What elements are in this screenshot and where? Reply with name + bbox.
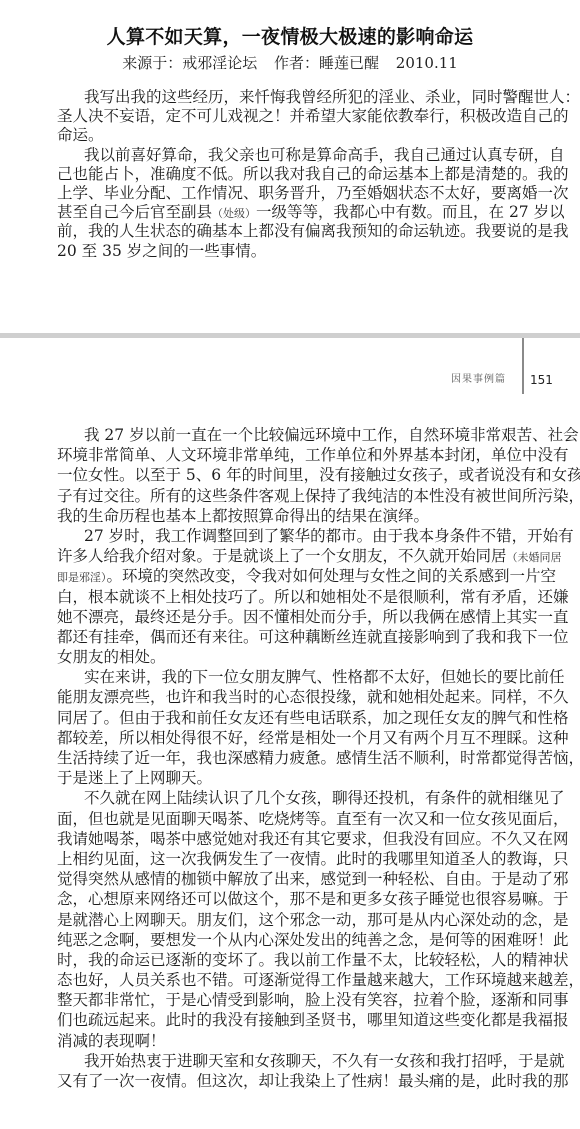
text-line: 我的生命历程也基本上都按照算命得出的结果在演绎。	[57, 506, 533, 526]
text-line: 一位女性。以至于 5、6 年的时间里，没有接触过女孩子，或者说没有和女孩	[57, 465, 533, 485]
text-line: 是就潜心上网聊天。朋友们，这个邪念一动，那可是从内心深处动的念，是	[57, 910, 533, 930]
text-line: 前，我的人生状态的确基本上都没有偏离我预知的命运轨迹。我要说的是我	[57, 222, 533, 241]
text-line: 27 岁时，我工作调整回到了繁华的都市。由于我本身条件不错，开始有	[57, 526, 533, 546]
inline-note: （未婚同居	[507, 551, 562, 564]
text-line: 20 至 35 岁之间的一些事情。	[57, 242, 533, 261]
text-line: 白，根本就谈不上相处技巧了。所以和她相处不是很顺利，常有矛盾，还嫌	[57, 587, 533, 607]
text-line: 我 27 岁以前一直在一个比较偏远环境中工作，自然环境非常艰苦、社会	[57, 425, 533, 445]
page-bottom: 我 27 岁以前一直在一个比较偏远环境中工作，自然环境非常艰苦、社会 环境非常简…	[0, 338, 580, 1129]
text-line: 命运。	[57, 126, 533, 145]
body-text-top: 我写出我的这些经历，来忏悔我曾经所犯的淫业、杀业，同时警醒世人： 圣人决不妄语，…	[57, 88, 533, 261]
page-number: 151	[530, 371, 553, 389]
text-line: 即是邪淫）。环境的突然改变，令我对如何处理与女性之间的关系感到一片空	[57, 566, 533, 586]
text-line: 圣人决不妄语，定不可儿戏视之！并希望大家能依教奉行，积极改造自己的	[57, 107, 533, 126]
text-line: 消减的表现啊！	[57, 1031, 533, 1051]
paragraph: 我写出我的这些经历，来忏悔我曾经所犯的淫业、杀业，同时警醒世人： 圣人决不妄语，…	[57, 88, 533, 146]
text-line: 许多人给我介绍对象。于是就谈上了一个女朋友，不久就开始同居（未婚同居	[57, 546, 533, 566]
text-segment: 。环境的突然改变，令我对如何处理与女性之间的关系感到一片空	[107, 567, 557, 585]
running-header-section: 因果事例篇	[451, 372, 506, 388]
text-line: 时，我的命运已逐渐的变坏了。我以前工作量不太，比较轻松，人的精神状	[57, 950, 533, 970]
text-line: 同居了。但由于我和前任女友还有些电话联系，加之现任女友的脾气和性格	[57, 708, 533, 728]
text-line: 整天都非常忙，于是心情受到影响，脸上没有笑容，拉着个脸，逐渐和同事	[57, 990, 533, 1010]
text-line: 我写出我的这些经历，来忏悔我曾经所犯的淫业、杀业，同时警醒世人：	[57, 88, 533, 107]
text-line: 于是迷上了上网聊天。	[57, 768, 533, 788]
paragraph: 我 27 岁以前一直在一个比较偏远环境中工作，自然环境非常艰苦、社会 环境非常简…	[57, 425, 533, 526]
text-line: 都较差，所以相处得很不好，经常是相处一个月又有两个月互不理睬。这种	[57, 728, 533, 748]
text-line: 态也好，人员关系也不错。可逐渐觉得工作量越来越大，工作环境越来越差，	[57, 970, 533, 990]
text-line: 上相约见面，这一次我俩发生了一夜情。此时的我哪里知道圣人的教诲，只	[57, 849, 533, 869]
text-line: 甚至自己今后官至副县（处级）一级等等，我都心中有数。而且，在 27 岁以	[57, 203, 533, 222]
paragraph: 27 岁时，我工作调整回到了繁华的都市。由于我本身条件不错，开始有 许多人给我介…	[57, 526, 533, 667]
paragraph: 我开始热衷于进聊天室和女孩聊天，不久有一女孩和我打招呼，于是就 又有了一次一夜情…	[57, 1051, 533, 1091]
text-line: 不久就在网上陆续认识了几个女孩，聊得还投机，有条件的就相继见了	[57, 788, 533, 808]
text-line: 们也疏远起来。此时的我没有接触到圣贤书，哪里知道这些变化都是我福报	[57, 1010, 533, 1030]
text-line: 我开始热衷于进聊天室和女孩聊天，不久有一女孩和我打招呼，于是就	[57, 1051, 533, 1071]
text-line: 面，但也就是见面聊天喝茶、吃烧烤等。直至有一次又和一位女孩见面后，	[57, 809, 533, 829]
paragraph: 不久就在网上陆续认识了几个女孩，聊得还投机，有条件的就相继见了 面，但也就是见面…	[57, 788, 533, 1050]
article-byline: 来源于：戒邪淫论坛 作者：睡莲已醒 2010.11	[0, 53, 580, 73]
text-line: 觉得突然从感情的枷锁中解放了出来，感觉到一种轻松、自由。于是动了邪	[57, 869, 533, 889]
header-rule	[522, 338, 524, 394]
paragraph: 我以前喜好算命，我父亲也可称是算命高手，我自己通过认真专研，自 己也能占卜，准确…	[57, 146, 533, 261]
text-segment: 甚至自己今后官至副县	[57, 203, 212, 221]
text-line: 实在来讲，我的下一位女朋友脾气、性格都不太好，但她长的要比前任	[57, 667, 533, 687]
article-title: 人算不如天算，一夜情极大极速的影响命运	[0, 24, 580, 50]
text-line: 都还有挂牵，偶而还有来往。可这种藕断丝连就直接影响到了我和我下一位	[57, 627, 533, 647]
text-line: 我以前喜好算命，我父亲也可称是算命高手，我自己通过认真专研，自	[57, 146, 533, 165]
author-label: 作者：睡莲已醒	[274, 54, 379, 72]
source-label: 来源于：戒邪淫论坛	[122, 54, 257, 72]
text-line: 我请她喝茶，喝茶中感觉她对我还有其它要求，但我没有回应。不久又在网	[57, 829, 533, 849]
text-line: 又有了一次一夜情。但这次，却让我染上了性病！最头痛的是，此时我的那	[57, 1071, 533, 1091]
text-line: 她不漂亮，最终还是分手。因不懂相处而分手，所以我俩在感情上其实一直	[57, 607, 533, 627]
text-line: 环境非常简单、人文环境非常单纯，工作单位和外界基本封闭，单位中没有	[57, 445, 533, 465]
text-line: 女朋友的相处。	[57, 647, 533, 667]
text-line: 上学、毕业分配、工作情况、职务晋升，乃至婚姻状态不太好，要离婚一次	[57, 184, 533, 203]
inline-note: 即是邪淫）	[57, 571, 107, 584]
inline-note: （处级）	[212, 207, 256, 220]
text-line: 纯恶之念啊，要想发一个从内心深处发出的纯善之念，是何等的困难呀！此	[57, 930, 533, 950]
body-text-bottom: 我 27 岁以前一直在一个比较偏远环境中工作，自然环境非常艰苦、社会 环境非常简…	[57, 425, 533, 1091]
paragraph: 实在来讲，我的下一位女朋友脾气、性格都不太好，但她长的要比前任 能朋友漂亮些，也…	[57, 667, 533, 788]
page-top: 人算不如天算，一夜情极大极速的影响命运 来源于：戒邪淫论坛 作者：睡莲已醒 20…	[0, 0, 580, 333]
text-line: 子有过交往。所有的这些条件客观上保持了我纯洁的本性没有被世间所污染，	[57, 486, 533, 506]
publish-date: 2010.11	[396, 54, 458, 72]
text-line: 生活持续了近一年，我也深感精力疲惫。感情生活不顺利，时常都觉得苦恼，	[57, 748, 533, 768]
text-line: 念，心想原来网络还可以做这个，那不是和更多女孩子睡觉也很容易嘛。于	[57, 889, 533, 909]
text-line: 己也能占卜，准确度不低。所以我对我自己的命运基本上都是清楚的。我的	[57, 165, 533, 184]
text-segment: 一级等等，我都心中有数。而且，在 27 岁以	[256, 203, 565, 221]
text-line: 能朋友漂亮些，也许和我当时的心态很投缘，就和她相处起来。同样，不久	[57, 687, 533, 707]
text-segment: 许多人给我介绍对象。于是就谈上了一个女朋友，不久就开始同居	[57, 547, 507, 565]
